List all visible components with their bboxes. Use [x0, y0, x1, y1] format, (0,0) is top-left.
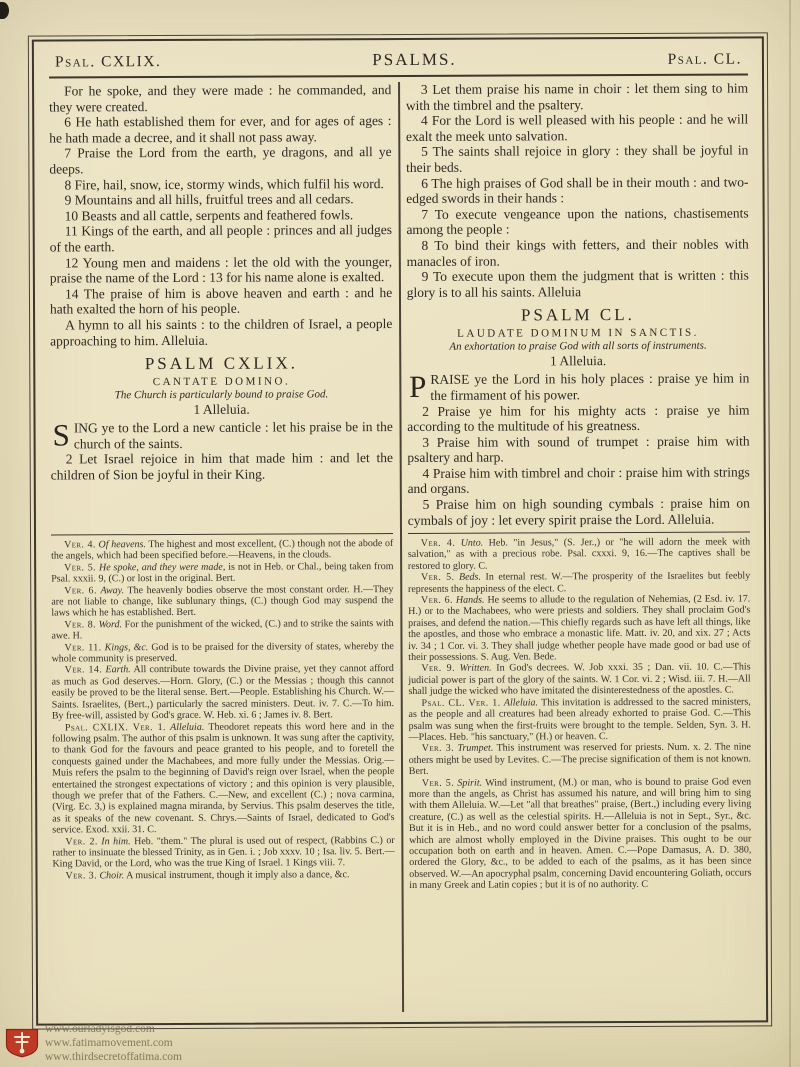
- note-verse-label: Ver. 4.: [64, 539, 96, 550]
- verse-text: Praise him with timbrel and choir : prai…: [408, 464, 750, 496]
- verse-paragraph: 11 Kings of the earth, and all people : …: [50, 222, 392, 255]
- verse-number: 2: [66, 452, 73, 467]
- verse-text: Fire, hail, snow, ice, stormy winds, whi…: [75, 176, 384, 192]
- watermark-url-2: www.fatimamovement.com: [45, 1036, 182, 1050]
- note-text: All contribute towards the Divine praise…: [52, 663, 394, 721]
- verse-text: The saints shall rejoice in glory : they…: [406, 143, 748, 175]
- note-verse-label: Ver. 6.: [421, 595, 453, 606]
- note-text: God is to be praised for the diversity o…: [52, 641, 394, 665]
- note-verse-label: Ver. 8.: [64, 619, 96, 630]
- dropcap-initial: S: [51, 421, 74, 449]
- note-verse-label: Ver. 9.: [421, 663, 455, 674]
- note-term: Beds.: [459, 572, 481, 583]
- header-left-psalm-ref: Psal. CXLIX.: [55, 53, 161, 71]
- verse-number: 9: [65, 193, 72, 208]
- verse-number: 6: [421, 175, 428, 190]
- page-frame: Psal. CXLIX. PSALMS. Psal. CL. For he sp…: [28, 32, 772, 1029]
- note-verse-label: Psal. CL. Ver. 1.: [421, 697, 500, 708]
- commentary-rule: [51, 533, 393, 535]
- verse-text: Let them praise his name in choir : let …: [406, 80, 748, 112]
- text-columns: For he spoke, and they were made : he co…: [49, 75, 752, 1013]
- commentary-note: Psal. CXLIX. Ver. 1. Alleluia. Theodoret…: [52, 721, 395, 837]
- first-verse-label: 1 Alleluia.: [50, 401, 392, 418]
- verse-text: To execute upon them the judgment that i…: [407, 268, 749, 300]
- dropcap-verse: PRAISE ye the Lord in his holy places : …: [407, 371, 749, 404]
- note-verse-label: Ver. 14.: [65, 665, 103, 676]
- commentary-note: Ver. 3. Trumpet. This instrument was res…: [409, 742, 751, 778]
- commentary-note: Ver. 3. Choir. A musical instrument, tho…: [52, 869, 394, 882]
- note-term: Alleluia.: [504, 697, 538, 708]
- note-verse-label: Ver. 5.: [422, 777, 454, 788]
- verse-paragraph: 7 Praise the Lord from the earth, ye dra…: [49, 144, 391, 177]
- commentary-note: Psal. CL. Ver. 1. Alleluia. This invitat…: [408, 696, 750, 743]
- header-right-psalm-ref: Psal. CL.: [668, 51, 742, 69]
- verse-text: The praise of him is above heaven and ea…: [50, 285, 392, 317]
- verse-text: For the Lord is well pleased with his pe…: [406, 112, 748, 144]
- commentary-note: Ver. 9. Written. In God's decrees. W. Jo…: [408, 662, 750, 698]
- note-term: Spirit.: [457, 777, 482, 788]
- note-verse-label: Psal. CXLIX. Ver. 1.: [65, 722, 166, 733]
- verse-number: 5: [421, 144, 428, 159]
- verse-paragraph: 4 For the Lord is well pleased with his …: [406, 112, 748, 145]
- verse-text: Beasts and all cattle, serpents and feat…: [81, 207, 353, 223]
- verse-text: A hymn to all his saints : to the childr…: [50, 316, 392, 348]
- note-text: Heb. "in Jesus," (S. Jer.,) or "he will …: [408, 536, 750, 571]
- note-term: Written.: [460, 663, 492, 674]
- verse-paragraph: 6 The high praises of God shall be in th…: [406, 174, 748, 207]
- dropcap-verse: SING ye to the Lord a new canticle : let…: [51, 419, 393, 452]
- verse-paragraph: 2 Praise ye him for his mighty acts : pr…: [407, 402, 749, 435]
- page-title: PSALMS.: [372, 50, 456, 70]
- commentary-note: Ver. 8. Word. For the punishment of the …: [51, 618, 393, 642]
- note-term: Choir.: [99, 870, 124, 881]
- note-verse-label: Ver. 3.: [65, 870, 97, 881]
- watermark-urls: www.ourladyisgod.com www.fatimamovement.…: [45, 1022, 182, 1064]
- note-term: Away.: [100, 585, 124, 596]
- note-term: Word.: [99, 619, 122, 630]
- note-term: Trumpet.: [457, 743, 493, 754]
- verse-paragraph: 9 To execute upon them the judgment that…: [407, 268, 749, 301]
- verse-paragraph: 2 Let Israel rejoice in him that made hi…: [51, 450, 393, 483]
- note-term: Kings, &c.: [105, 642, 149, 653]
- commentary-note: Ver. 5. Spirit. Wind instrument, (M.) or…: [409, 776, 752, 892]
- column-divider: [398, 82, 404, 1012]
- commentary-note: Ver. 4. Of heavens. The highest and most…: [51, 538, 393, 562]
- note-text: A musical instrument, though it imply al…: [126, 869, 349, 881]
- verse-number: 4: [422, 466, 429, 481]
- verse-text: Young men and maidens : let the old with…: [50, 254, 392, 286]
- verse-paragraph: 7 To execute vengeance upon the nations,…: [406, 205, 748, 238]
- verse-paragraph: 4 Praise him with timbrel and choir : pr…: [407, 464, 749, 497]
- verse-paragraph: 8 Fire, hail, snow, ice, stormy winds, w…: [49, 176, 391, 193]
- verse-number: 12: [65, 255, 79, 270]
- ink-blot: [0, 2, 9, 19]
- note-verse-label: Ver. 4.: [421, 538, 455, 549]
- verse-paragraph: 3 Praise him with sound of trumpet : pra…: [407, 433, 749, 466]
- commentary-note: Ver. 6. Hands. He seems to allude to the…: [408, 594, 751, 664]
- psalm-latin-title: CANTATE DOMINO.: [50, 375, 392, 388]
- commentary-note: Ver. 5. He spoke, and they were made, is…: [51, 561, 393, 585]
- verse-number: 10: [65, 208, 79, 223]
- commentary-note: Ver. 11. Kings, &c. God is to be praised…: [51, 641, 393, 665]
- note-term: Of heavens.: [98, 539, 145, 550]
- commentary-note: Ver. 6. Away. The heavenly bodies observ…: [51, 584, 393, 620]
- psalm-heading: PSALM CXLIX.: [50, 353, 392, 374]
- note-text: Wind instrument, (M.) or man, who is bou…: [409, 776, 752, 891]
- left-column: For he spoke, and they were made : he co…: [49, 82, 395, 1013]
- verse-text: RAISE ye the Lord in his holy places : p…: [430, 371, 749, 403]
- commentary-note: Ver. 4. Unto. Heb. "in Jesus," (S. Jer.,…: [408, 536, 750, 572]
- right-column: 3 Let them praise his name in choir : le…: [406, 80, 752, 1011]
- running-header: Psal. CXLIX. PSALMS. Psal. CL.: [49, 44, 748, 74]
- verse-text: For he spoke, and they were made : he co…: [49, 82, 391, 114]
- first-verse-label: 1 Alleluia.: [407, 353, 749, 370]
- verse-number: 9: [422, 269, 429, 284]
- scanned-book-page: Psal. CXLIX. PSALMS. Psal. CL. For he sp…: [0, 0, 800, 1067]
- note-term: He spoke, and they were made,: [99, 562, 225, 574]
- verse-text: To execute vengeance upon the nations, c…: [406, 205, 748, 237]
- verse-text: To bind their kings with fetters, and th…: [407, 236, 749, 268]
- verse-paragraph: 9 Mountains and all hills, fruitful tree…: [50, 191, 392, 208]
- verse-number: 7: [421, 207, 428, 222]
- verse-paragraph: A hymn to all his saints : to the childr…: [50, 316, 392, 349]
- psalm-latin-title: LAUDATE DOMINUM IN SANCTIS.: [407, 327, 749, 340]
- verse-text: Praise the Lord from the earth, ye drago…: [49, 144, 391, 176]
- psalm-heading: PSALM CL.: [407, 305, 749, 326]
- verse-number: 3: [422, 435, 429, 450]
- psalm-argument: An exhortation to praise God with all so…: [407, 340, 749, 353]
- page-edge-shadow: [789, 0, 791, 1067]
- verse-paragraph: 5 Praise him on high sounding cymbals : …: [408, 496, 750, 528]
- note-verse-label: Ver. 5.: [421, 572, 455, 583]
- watermark-url-3: www.thirdsecretoffatima.com: [45, 1050, 182, 1064]
- note-verse-label: Ver. 2.: [65, 836, 98, 847]
- note-term: Hands.: [456, 595, 485, 606]
- verse-text: Kings of the earth, and all people : pri…: [50, 222, 392, 254]
- verse-paragraph: 8 To bind their kings with fetters, and …: [406, 236, 748, 269]
- note-term: Earth.: [105, 665, 130, 676]
- verse-number: 2: [422, 403, 429, 418]
- commentary-note: Ver. 5. Beds. In eternal rest. W.—The pr…: [408, 571, 750, 595]
- note-verse-label: Ver. 5.: [64, 562, 96, 573]
- page-frame-inner: Psal. CXLIX. PSALMS. Psal. CL. For he sp…: [32, 36, 768, 1025]
- commentary-block: Ver. 4. Unto. Heb. "in Jesus," (S. Jer.,…: [408, 536, 752, 891]
- verse-number: 5: [423, 497, 430, 512]
- verse-number: 8: [421, 238, 428, 253]
- verse-text: The high praises of God shall be in thei…: [406, 174, 748, 206]
- watermark: www.ourladyisgod.com www.fatimamovement.…: [5, 1022, 182, 1064]
- note-term: Unto.: [461, 538, 484, 549]
- psalm-text-block: 3 Let them praise his name in choir : le…: [406, 80, 750, 527]
- verse-number: 11: [65, 224, 78, 239]
- verse-number: 6: [64, 115, 71, 130]
- psalm-argument: The Church is particularly bound to prai…: [50, 388, 392, 401]
- verse-paragraph: 3 Let them praise his name in choir : le…: [406, 80, 748, 113]
- verse-text: Praise him with sound of trumpet : prais…: [407, 433, 749, 465]
- note-verse-label: Ver. 3.: [422, 743, 454, 754]
- verse-paragraph: 10 Beasts and all cattle, serpents and f…: [50, 207, 392, 224]
- commentary-note: Ver. 2. In him. Heb. "them." The plural …: [52, 835, 394, 871]
- verse-number: 3: [421, 82, 428, 97]
- commentary-note: Ver. 14. Earth. All contribute towards t…: [52, 663, 395, 722]
- dropcap-initial: P: [407, 372, 430, 400]
- verse-number: 4: [421, 113, 428, 128]
- psalm-text-block: For he spoke, and they were made : he co…: [49, 82, 393, 529]
- verse-text: Praise him on high sounding cymbals : pr…: [408, 496, 750, 528]
- watermark-url-1: www.ourladyisgod.com: [45, 1022, 182, 1036]
- verse-number: 8: [64, 177, 71, 192]
- note-verse-label: Ver. 11.: [64, 642, 101, 653]
- note-term: In him.: [101, 836, 130, 847]
- crest-shield-icon: [5, 1028, 39, 1058]
- verse-text: ING ye to the Lord a new canticle : let …: [74, 419, 393, 451]
- note-text: Theodoret repeats this word here and in …: [52, 721, 395, 836]
- note-verse-label: Ver. 6.: [64, 585, 97, 596]
- verse-paragraph: 6 He hath established them for ever, and…: [49, 113, 391, 146]
- verse-text: Let Israel rejoice in him that made him …: [51, 450, 393, 482]
- commentary-rule: [408, 531, 750, 533]
- verse-text: Mountains and all hills, fruitful trees …: [75, 191, 354, 207]
- verse-paragraph: 12 Young men and maidens : let the old w…: [50, 254, 392, 287]
- verse-text: Praise ye him for his mighty acts : prai…: [407, 402, 749, 434]
- verse-paragraph: 5 The saints shall rejoice in glory : th…: [406, 143, 748, 176]
- commentary-block: Ver. 4. Of heavens. The highest and most…: [51, 538, 395, 882]
- verse-paragraph: For he spoke, and they were made : he co…: [49, 82, 391, 115]
- verse-number: 7: [64, 146, 71, 161]
- verse-text: He hath established them for ever, and f…: [49, 113, 391, 145]
- verse-number: 14: [65, 286, 79, 301]
- note-term: Alleluia.: [170, 721, 204, 732]
- verse-paragraph: 14 The praise of him is above heaven and…: [50, 285, 392, 318]
